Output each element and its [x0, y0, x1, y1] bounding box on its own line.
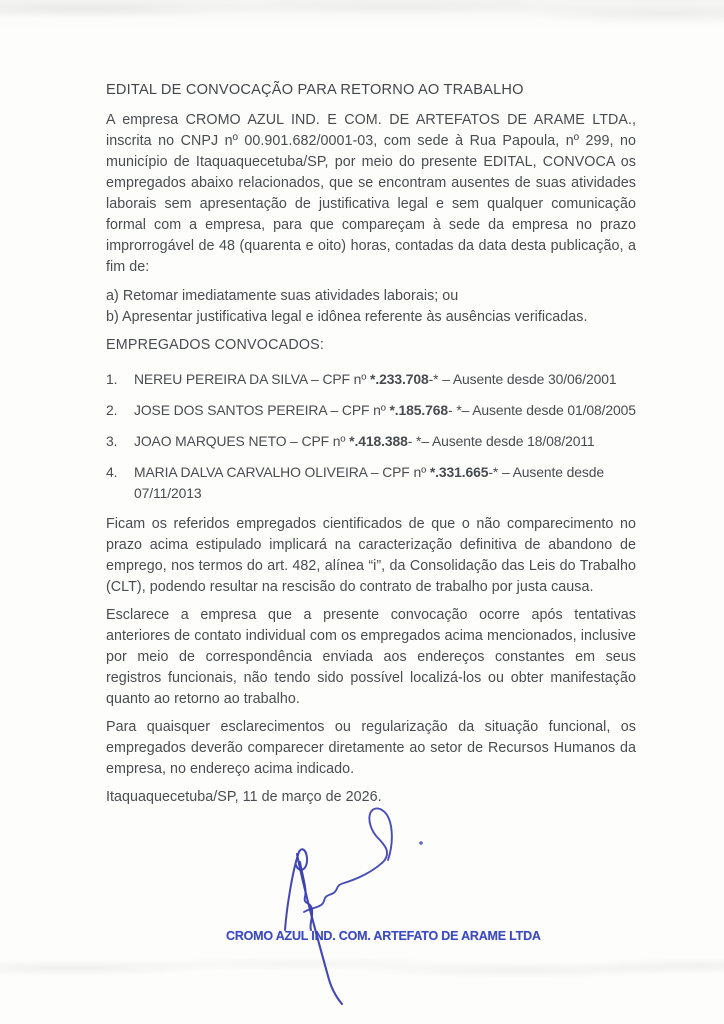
employee-cpf-bold: *.331.665: [430, 464, 489, 480]
employee-cpf-bold: *.418.388: [349, 433, 408, 449]
employee-text-post: -* – Ausente desde 30/06/2001: [429, 371, 617, 387]
employees-list-heading: EMPREGADOS CONVOCADOS:: [106, 335, 636, 356]
employee-text-pre: NEREU PEREIRA DA SILVA – CPF nº: [134, 371, 370, 387]
consequences-paragraph: Ficam os referidos empregados cientifica…: [106, 514, 636, 598]
employee-number: 3.: [106, 431, 117, 452]
employee-text-post: - *– Ausente desde 18/08/2011: [408, 433, 595, 449]
signature-block: CROMO AZUL IND. COM. ARTEFATO DE ARAME L…: [200, 782, 500, 1017]
employee-number: 2.: [106, 400, 117, 421]
scanned-document-page: EDITAL DE CONVOCAÇÃO PARA RETORNO AO TRA…: [0, 0, 724, 1024]
scan-artifact-top: [0, 0, 724, 30]
employee-cpf-bold: *.185.768: [389, 402, 448, 418]
employee-cpf-bold: *.233.708: [370, 371, 429, 387]
employee-item: 1.NEREU PEREIRA DA SILVA – CPF nº *.233.…: [106, 369, 636, 390]
employee-item: 2.JOSE DOS SANTOS PEREIRA – CPF nº *.185…: [106, 400, 636, 421]
employees-list: 1.NEREU PEREIRA DA SILVA – CPF nº *.233.…: [106, 369, 636, 504]
employee-text-post: - *– Ausente desde 01/08/2005: [448, 402, 636, 418]
option-a: a) Retomar imediatamente suas atividades…: [106, 286, 636, 307]
option-b: b) Apresentar justificativa legal e idôn…: [106, 307, 636, 328]
hr-instructions-paragraph: Para quaisquer esclarecimentos ou regula…: [106, 717, 636, 780]
employee-text-pre: JOAO MARQUES NETO – CPF nº: [134, 433, 349, 449]
contact-attempts-paragraph: Esclarece a empresa que a presente convo…: [106, 605, 636, 710]
employee-text-pre: MARIA DALVA CARVALHO OLIVEIRA – CPF nº: [134, 464, 430, 480]
employee-number: 1.: [106, 369, 117, 390]
employee-number: 4.: [106, 462, 117, 483]
employee-item: 4.MARIA DALVA CARVALHO OLIVEIRA – CPF nº…: [106, 462, 636, 504]
handwritten-signature-icon: [200, 782, 500, 1017]
document-title: EDITAL DE CONVOCAÇÃO PARA RETORNO AO TRA…: [106, 80, 636, 101]
document-content: EDITAL DE CONVOCAÇÃO PARA RETORNO AO TRA…: [106, 80, 636, 815]
employee-text-pre: JOSE DOS SANTOS PEREIRA – CPF nº: [134, 402, 389, 418]
employee-item: 3.JOAO MARQUES NETO – CPF nº *.418.388- …: [106, 431, 636, 452]
ink-dot-icon: [419, 841, 423, 845]
intro-paragraph: A empresa CROMO AZUL IND. E COM. DE ARTE…: [106, 110, 636, 278]
options-group: a) Retomar imediatamente suas atividades…: [106, 286, 636, 328]
